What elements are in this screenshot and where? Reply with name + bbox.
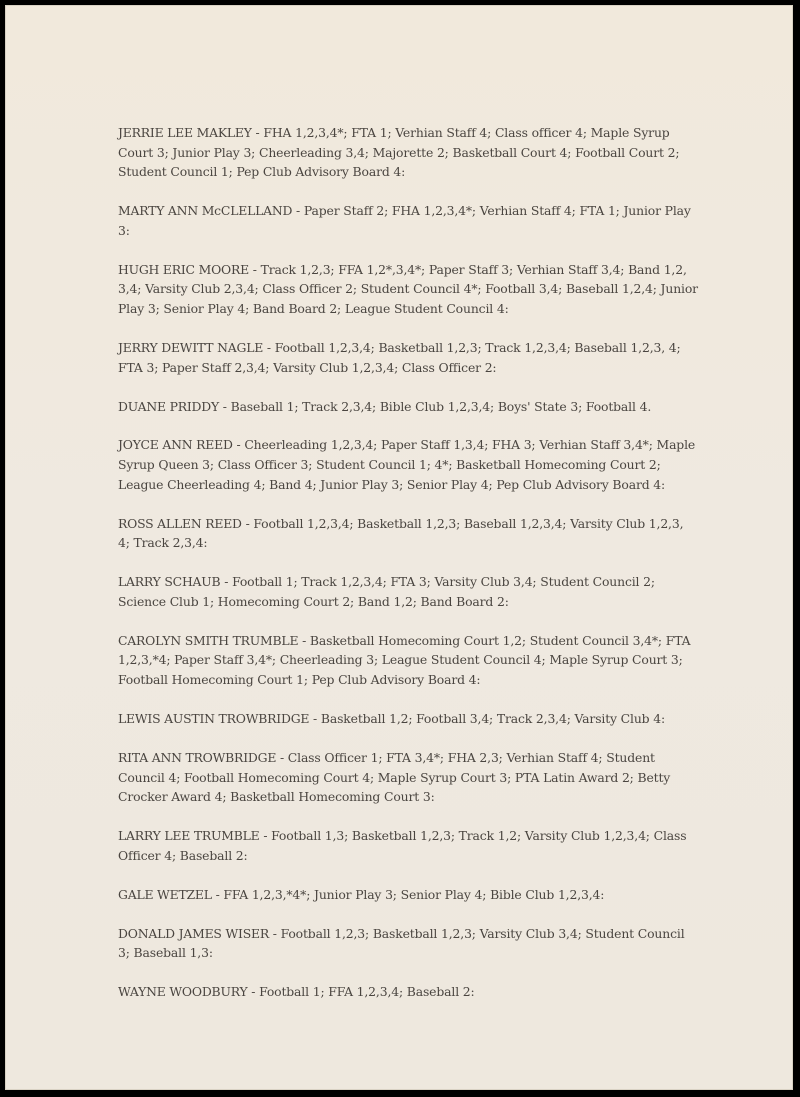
student-name: MARTY ANN McCLELLAND bbox=[118, 203, 292, 218]
document-page: JERRIE LEE MAKLEY - FHA 1,2,3,4*; FTA 1;… bbox=[5, 5, 793, 1090]
student-name: WAYNE WOODBURY bbox=[118, 984, 247, 999]
activities: FFA 1,2,3,*4*; Junior Play 3; Senior Pla… bbox=[223, 887, 604, 902]
activities: Baseball 1; Track 2,3,4; Bible Club 1,2,… bbox=[231, 399, 652, 414]
separator: - bbox=[263, 340, 275, 355]
entry-rita-trowbridge: RITA ANN TROWBRIDGE - Class Officer 1; F… bbox=[118, 748, 698, 807]
separator: - bbox=[292, 203, 304, 218]
separator: - bbox=[298, 633, 310, 648]
entry-joyce-reed: JOYCE ANN REED - Cheerleading 1,2,3,4; P… bbox=[118, 435, 698, 494]
separator: - bbox=[220, 574, 232, 589]
student-name: JERRY DEWITT NAGLE bbox=[118, 340, 263, 355]
student-name: LARRY LEE TRUMBLE bbox=[118, 828, 260, 843]
entry-lewis-trowbridge: LEWIS AUSTIN TROWBRIDGE - Basketball 1,2… bbox=[118, 709, 698, 729]
student-name: JOYCE ANN REED bbox=[118, 437, 233, 452]
separator: - bbox=[276, 750, 288, 765]
entry-larry-trumble: LARRY LEE TRUMBLE - Football 1,3; Basket… bbox=[118, 826, 698, 865]
student-name: RITA ANN TROWBRIDGE bbox=[118, 750, 276, 765]
separator: - bbox=[219, 399, 231, 414]
entry-wiser: DONALD JAMES WISER - Football 1,2,3; Bas… bbox=[118, 924, 698, 963]
entry-mcclelland: MARTY ANN McCLELLAND - Paper Staff 2; FH… bbox=[118, 201, 698, 240]
entry-moore: HUGH ERIC MOORE - Track 1,2,3; FFA 1,2*,… bbox=[118, 260, 698, 319]
separator: - bbox=[247, 984, 259, 999]
entry-ross-reed: ROSS ALLEN REED - Football 1,2,3,4; Bask… bbox=[118, 514, 698, 553]
student-name: GALE WETZEL bbox=[118, 887, 212, 902]
student-name: LEWIS AUSTIN TROWBRIDGE bbox=[118, 711, 309, 726]
senior-activities-list: JERRIE LEE MAKLEY - FHA 1,2,3,4*; FTA 1;… bbox=[118, 123, 698, 1021]
student-name: JERRIE LEE MAKLEY bbox=[118, 125, 252, 140]
separator: - bbox=[212, 887, 224, 902]
student-name: HUGH ERIC MOORE bbox=[118, 262, 249, 277]
activities: Football 1; FFA 1,2,3,4; Baseball 2: bbox=[259, 984, 475, 999]
student-name: LARRY SCHAUB bbox=[118, 574, 220, 589]
separator: - bbox=[242, 516, 254, 531]
entry-nagle: JERRY DEWITT NAGLE - Football 1,2,3,4; B… bbox=[118, 338, 698, 377]
entry-priddy: DUANE PRIDDY - Baseball 1; Track 2,3,4; … bbox=[118, 397, 698, 417]
student-name: ROSS ALLEN REED bbox=[118, 516, 242, 531]
entry-schaub: LARRY SCHAUB - Football 1; Track 1,2,3,4… bbox=[118, 572, 698, 611]
separator: - bbox=[249, 262, 261, 277]
separator: - bbox=[269, 926, 281, 941]
separator: - bbox=[252, 125, 264, 140]
entry-wetzel: GALE WETZEL - FFA 1,2,3,*4*; Junior Play… bbox=[118, 885, 698, 905]
student-name: DONALD JAMES WISER bbox=[118, 926, 269, 941]
entry-carolyn-trumble: CAROLYN SMITH TRUMBLE - Basketball Homec… bbox=[118, 631, 698, 690]
entry-makley: JERRIE LEE MAKLEY - FHA 1,2,3,4*; FTA 1;… bbox=[118, 123, 698, 182]
separator: - bbox=[260, 828, 272, 843]
student-name: CAROLYN SMITH TRUMBLE bbox=[118, 633, 298, 648]
separator: - bbox=[309, 711, 321, 726]
entry-woodbury: WAYNE WOODBURY - Football 1; FFA 1,2,3,4… bbox=[118, 982, 698, 1002]
activities: Basketball 1,2; Football 3,4; Track 2,3,… bbox=[321, 711, 665, 726]
separator: - bbox=[233, 437, 245, 452]
student-name: DUANE PRIDDY bbox=[118, 399, 219, 414]
